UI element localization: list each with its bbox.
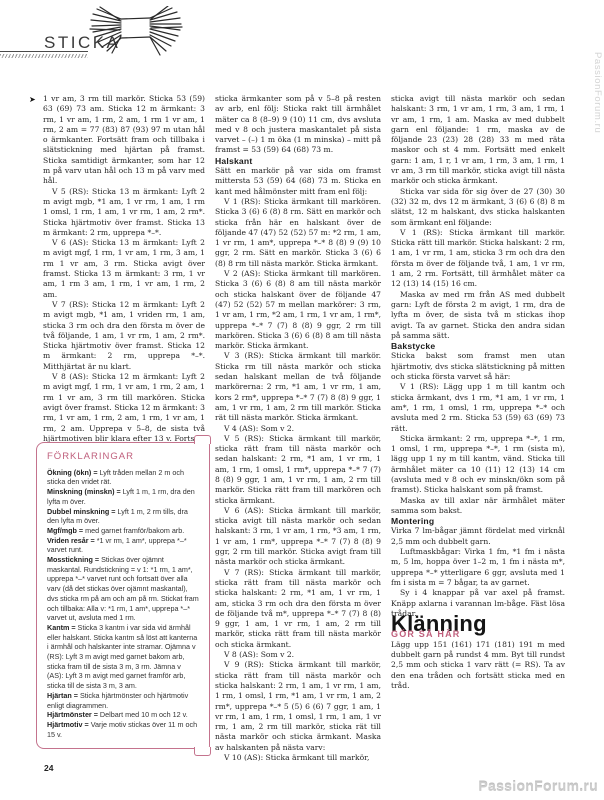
pattern-paragraph: Luftmaskbågar: Virka 1 fm, *1 fm i nästa…	[391, 547, 565, 588]
explanations-box-title: FÖRKLARINGAR	[47, 452, 199, 462]
pattern-paragraph: Sticka bakst som framst men utan hjärtmo…	[391, 351, 565, 382]
explanation-item: Hjärtmönster = Delbart med 10 m och 12 v…	[47, 710, 199, 720]
pattern-paragraph: Sticka var sida för sig över de 27 (30) …	[391, 187, 565, 228]
explanation-item: Minskning (minskn) = Lyft 1 m, 1 rm, dra…	[47, 487, 199, 506]
pattern-paragraph: V 4 (AS): Som v 2.	[215, 424, 381, 434]
pattern-paragraph: Maska av till axlar när ärmhålet mäter s…	[391, 496, 565, 517]
explanation-item: Hjärtmotiv = Varje motiv stickas över 11…	[47, 720, 199, 739]
pattern-paragraph: V 7 (RS): Sticka ärmkant till markör, st…	[215, 568, 381, 650]
watermark-bottom: PassionForum.ru	[478, 778, 598, 794]
paragraph-continuation-arrow: ➤	[29, 95, 36, 104]
pattern-paragraph: V 7 (RS): Sticka 12 m ärmkant: Lyft 2 m …	[43, 300, 205, 372]
pattern-paragraph: V 2 (AS): Sticka ärmkant till markören. …	[215, 269, 381, 351]
pattern-paragraph: Sticka ärmkant: 2 rm, upprepa *–*, 1 rm,…	[391, 434, 565, 496]
column-2: sticka ärmkanter som på v 5–8 på resten …	[215, 94, 381, 763]
pattern-paragraph: V 10 (AS): Sticka ärmkant till markör,	[215, 753, 381, 763]
pattern-paragraph: Maska av med rm från AS med dubbelt garn…	[391, 290, 565, 341]
pattern-paragraph: sticka avigt till nästa markör och sedan…	[391, 94, 565, 187]
explanation-item: Kantm = Sticka 3 kantm i var sida vid är…	[47, 623, 199, 691]
subsection-heading-halskant: Halskant	[215, 156, 381, 166]
explanation-item: Hjärtan = Sticka hjärtmönster och hjärtm…	[47, 691, 199, 710]
explanation-item: Vriden resår = *1 vr rm, 1 am*, upprepa …	[47, 536, 199, 555]
explanation-item: Ökning (ökn) = Lyft tråden mellan 2 m oc…	[47, 468, 199, 487]
explanations-box: FÖRKLARINGAR Ökning (ökn) = Lyft tråden …	[36, 442, 210, 749]
column-3: sticka avigt till nästa markör och sedan…	[391, 94, 565, 691]
pattern-paragraph: V 5 (RS): Sticka ärmkant till markör, st…	[215, 434, 381, 506]
column-1: 1 vr am, 3 rm till markör. Sticka 53 (59…	[43, 94, 205, 465]
pattern-paragraph: V 6 (AS): Sticka ärmkant till markör, st…	[215, 506, 381, 568]
magazine-page: { "colors": { "accent_pink": "#c0607d", …	[0, 0, 604, 800]
explanation-item: Mosstickning = Stickas över ojämnt maska…	[47, 555, 199, 623]
pattern-paragraph: sticka ärmkanter som på v 5–8 på resten …	[215, 94, 381, 156]
explanation-item: Dubbel minskning = Lyft 1 m, 2 rm tills,…	[47, 507, 199, 526]
pattern-paragraph: V 1 (RS): Lägg upp 1 m till kantm och st…	[391, 382, 565, 433]
logo-hatched-rule	[0, 54, 88, 58]
pattern-paragraph: 1 vr am, 3 rm till markör. Sticka 53 (59…	[43, 94, 205, 187]
pattern-paragraph: V 9 (RS): Sticka ärmkant till markör, st…	[215, 660, 381, 753]
pattern-paragraph: V 1 (RS): Sticka ärmkant till markör. St…	[391, 228, 565, 290]
article-title-klanning: Klänning	[391, 619, 565, 629]
pattern-paragraph: V 8 (AS): Som v 2.	[215, 650, 381, 660]
pattern-paragraph: Sätt en markör på var sida om framst mit…	[215, 166, 381, 197]
pattern-paragraph: Lägg upp 151 (161) 171 (181) 191 m med d…	[391, 640, 565, 691]
subsection-heading-bakstycke: Bakstycke	[391, 341, 565, 351]
pattern-paragraph: V 6 (AS): Sticka 13 m ärmkant: Lyft 2 m …	[43, 238, 205, 300]
subsection-heading-montering: Montering	[391, 516, 565, 526]
explanation-item: Mgf/mgb = med garnet framför/bakom arb.	[47, 526, 199, 536]
watermark-side: PassionForum.ru	[592, 52, 603, 133]
pattern-paragraph: V 5 (RS): Sticka 13 m ärmkant: Lyft 2 m …	[43, 187, 205, 238]
pattern-paragraph: V 3 (RS): Sticka ärmkant till markör. St…	[215, 351, 381, 423]
pattern-paragraph: Virka 7 lm-bågar jämnt fördelat med virk…	[391, 526, 565, 547]
page-number: 24	[44, 763, 53, 773]
pattern-paragraph: V 1 (RS): Sticka ärmkant till markören. …	[215, 197, 381, 269]
logo-rule	[0, 51, 88, 52]
yarn-skein-icon	[88, 6, 184, 66]
